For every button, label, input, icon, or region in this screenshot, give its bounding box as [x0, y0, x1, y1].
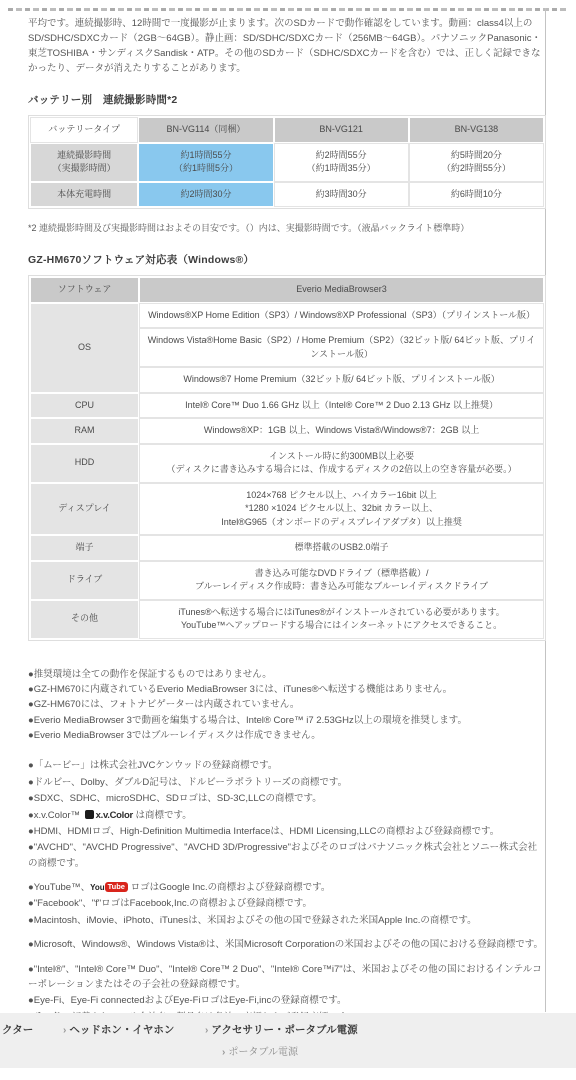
footer-link-label: ポータブル電源	[228, 1047, 298, 1058]
software-row-label: 端子	[31, 536, 138, 560]
table-row: HDD インストール時に約300MB以上必要 （ディスクに書き込みする場合には、…	[31, 445, 543, 482]
battery-col-header: BN-VG138	[410, 118, 543, 142]
chevron-right-icon: ›	[222, 1047, 225, 1058]
youtube-logo-icon: Tube	[105, 882, 128, 892]
xvcolor-logo-icon	[85, 810, 94, 819]
xvcolor-logo-text: x.v.Color	[96, 810, 133, 821]
software-cell: インストール時に約300MB以上必要 （ディスクに書き込みする場合には、作成する…	[140, 445, 543, 482]
table-row: 本体充電時間 約2時間30分 約3時間30分 約6時間10分	[31, 183, 543, 207]
trademark-line: ●「ムービー」は株式会社JVCケンウッドの登録商標です。	[28, 758, 546, 773]
software-cell: 標準搭載のUSB2.0端子	[140, 536, 543, 560]
trademark-line: ●"AVCHD"、"AVCHD Progressive"、"AVCHD 3D/P…	[28, 840, 546, 871]
table-row: 連続撮影時間 （実撮影時間） 約1時間55分 （約1時間5分） 約2時間55分 …	[31, 144, 543, 181]
battery-section-heading: バッテリー別 連続撮影時間*2	[28, 92, 546, 107]
table-row: 端子 標準搭載のUSB2.0端子	[31, 536, 543, 560]
software-cell-os1: Windows®XP Home Edition（SP3）/ Windows®XP…	[140, 304, 543, 328]
battery-cell-vg121: 約2時間55分 （約1時間35分）	[275, 144, 408, 181]
chevron-right-icon: ›	[63, 1025, 66, 1036]
battery-col-header: バッテリータイプ	[31, 118, 137, 142]
software-cell-os2: Windows Vista®Home Basic（SP2）/ Home Prem…	[140, 329, 543, 366]
software-row-label: ディスプレイ	[31, 484, 138, 535]
software-table: ソフトウェア Everio MediaBrowser3 OS Windows®X…	[28, 275, 546, 641]
battery-col-header: BN-VG121	[275, 118, 408, 142]
battery-row-label: 本体充電時間	[31, 183, 137, 207]
software-row-label: その他	[31, 601, 138, 638]
software-cell: iTunes®へ転送する場合にはiTunes®がインストールされている必要があり…	[140, 601, 543, 638]
battery-col-header: BN-VG114（同梱）	[139, 118, 272, 142]
table-row: RAM Windows®XP：1GB 以上、Windows Vista®/Win…	[31, 419, 543, 443]
battery-footnote: *2 連続撮影時間及び実撮影時間はおよその目安です。（）内は、実撮影時間です。（…	[28, 221, 546, 234]
youtube-logo-icon: You	[90, 883, 105, 892]
software-cell: Windows®XP：1GB 以上、Windows Vista®/Windows…	[140, 419, 543, 443]
table-row: CPU Intel® Core™ Duo 1.66 GHz 以上（Intel® …	[31, 394, 543, 418]
table-row: その他 iTunes®へ転送する場合にはiTunes®がインストールされている必…	[31, 601, 543, 638]
software-row-label: ドライブ	[31, 562, 138, 599]
clipped-text-row	[8, 8, 568, 11]
footer-sub-link-portable-power[interactable]: ›ポータブル電源	[222, 1043, 298, 1058]
trademark-line: ●ドルビー、Dolby、ダブルD記号は、ドルビーラボラトリーズの商標です。	[28, 775, 546, 790]
trademark-line-xvcolor: ●x.v.Color™ x.v.Color は商標です。	[28, 808, 546, 823]
software-cell: 書き込み可能なDVDドライブ（標準搭載）/ ブルーレイディスク作成時：書き込み可…	[140, 562, 543, 599]
trademark-text: は商標です。	[133, 810, 192, 821]
software-cell: 1024×768 ピクセル以上、ハイカラー16bit 以上 *1280 ×102…	[140, 484, 543, 535]
note-line: ●GZ-HM670に内蔵されているEverio MediaBrowser 3には…	[28, 682, 546, 697]
trademark-line: ●Microsoft、Windows®、Windows Vista®は、米国Mi…	[28, 937, 546, 952]
trademark-line: ●"Intel®"、"Intel® Core™ Duo"、"Intel® Cor…	[28, 962, 546, 993]
software-cell-os3: Windows®7 Home Premium（32ビット版/ 64ビット版、プリ…	[140, 368, 543, 392]
software-col-header: ソフトウェア	[31, 278, 138, 302]
footer-link-headphones[interactable]: ›ヘッドホン・イヤホン	[63, 1022, 174, 1037]
note-line: ●Everio MediaBrowser 3ではブルーレイディスクは作成できませ…	[28, 728, 546, 743]
battery-cell-vg138: 約5時間20分 （約2時間55分）	[410, 144, 543, 181]
software-cell: Intel® Core™ Duo 1.66 GHz 以上（Intel® Core…	[140, 394, 543, 418]
software-row-label: HDD	[31, 445, 138, 482]
footer-link-cut[interactable]: クター	[2, 1022, 33, 1037]
software-col-header: Everio MediaBrowser3	[140, 278, 543, 302]
battery-cell-vg121: 約3時間30分	[275, 183, 408, 207]
battery-header-row: バッテリータイプ BN-VG114（同梱） BN-VG121 BN-VG138	[31, 118, 543, 142]
trademark-line-youtube: ●YouTube™、YouTube ロゴはGoogle Inc.の商標および登録…	[28, 880, 546, 895]
note-line: ●推奨環境は全ての動作を保証するものではありません。	[28, 667, 546, 682]
battery-cell-vg114: 約1時間55分 （約1時間5分）	[139, 144, 272, 181]
trademark-text: ●x.v.Color™	[28, 810, 83, 821]
intro-paragraph: 平均です。連続撮影時、12時間で一度撮影が止まります。次のSDカードで動作確認を…	[28, 16, 546, 76]
trademark-block: ●「ムービー」は株式会社JVCケンウッドの登録商標です。 ●ドルビー、Dolby…	[28, 758, 546, 1025]
main-content: 平均です。連続撮影時、12時間で一度撮影が止まります。次のSDカードで動作確認を…	[28, 16, 546, 1064]
trademark-text: ロゴはGoogle Inc.の商標および登録商標です。	[128, 882, 330, 893]
trademark-line: ●HDMI、HDMIロゴ、High-Definition Multimedia …	[28, 824, 546, 839]
battery-cell-vg138: 約6時間10分	[410, 183, 543, 207]
table-row: OS Windows®XP Home Edition（SP3）/ Windows…	[31, 304, 543, 328]
trademark-line: ●Macintosh、iMovie、iPhoto、iTunesは、米国およびその…	[28, 913, 546, 928]
note-line: ●Everio MediaBrowser 3で動画を編集する場合は、Intel®…	[28, 713, 546, 728]
battery-row-label: 連続撮影時間 （実撮影時間）	[31, 144, 137, 181]
software-row-label: RAM	[31, 419, 138, 443]
table-row: ディスプレイ 1024×768 ピクセル以上、ハイカラー16bit 以上 *12…	[31, 484, 543, 535]
trademark-line: ●"Facebook"、"f"ロゴはFacebook,Inc.の商標および登録商…	[28, 896, 546, 911]
software-row-label: CPU	[31, 394, 138, 418]
battery-table: バッテリータイプ BN-VG114（同梱） BN-VG121 BN-VG138 …	[28, 115, 546, 209]
trademark-line: ●Eye-Fi、Eye-Fi connectedおよびEye-FiロゴはEye-…	[28, 993, 546, 1008]
table-row: ドライブ 書き込み可能なDVDドライブ（標準搭載）/ ブルーレイディスク作成時：…	[31, 562, 543, 599]
battery-cell-vg114: 約2時間30分	[139, 183, 272, 207]
footer-link-accessories[interactable]: ›アクセサリー・ポータブル電源	[205, 1022, 358, 1037]
software-header-row: ソフトウェア Everio MediaBrowser3	[31, 278, 543, 302]
footer-nav: クター ›ヘッドホン・イヤホン ›アクセサリー・ポータブル電源 ›ポータブル電源	[0, 1013, 576, 1068]
footer-link-label: アクセサリー・ポータブル電源	[211, 1024, 357, 1036]
notes-block: ●推奨環境は全ての動作を保証するものではありません。 ●GZ-HM670に内蔵さ…	[28, 667, 546, 744]
note-line: ●GZ-HM670には、フォトナビゲーターは内蔵されていません。	[28, 697, 546, 712]
software-section-heading: GZ-HM670ソフトウェア対応表（Windows®）	[28, 252, 546, 267]
footer-link-label: ヘッドホン・イヤホン	[69, 1024, 174, 1036]
trademark-line: ●SDXC、SDHC、microSDHC、SDロゴは、SD-3C,LLCの商標で…	[28, 791, 546, 806]
chevron-right-icon: ›	[205, 1025, 208, 1036]
software-row-label-os: OS	[31, 304, 138, 392]
trademark-text: ●YouTube™、	[28, 882, 90, 893]
